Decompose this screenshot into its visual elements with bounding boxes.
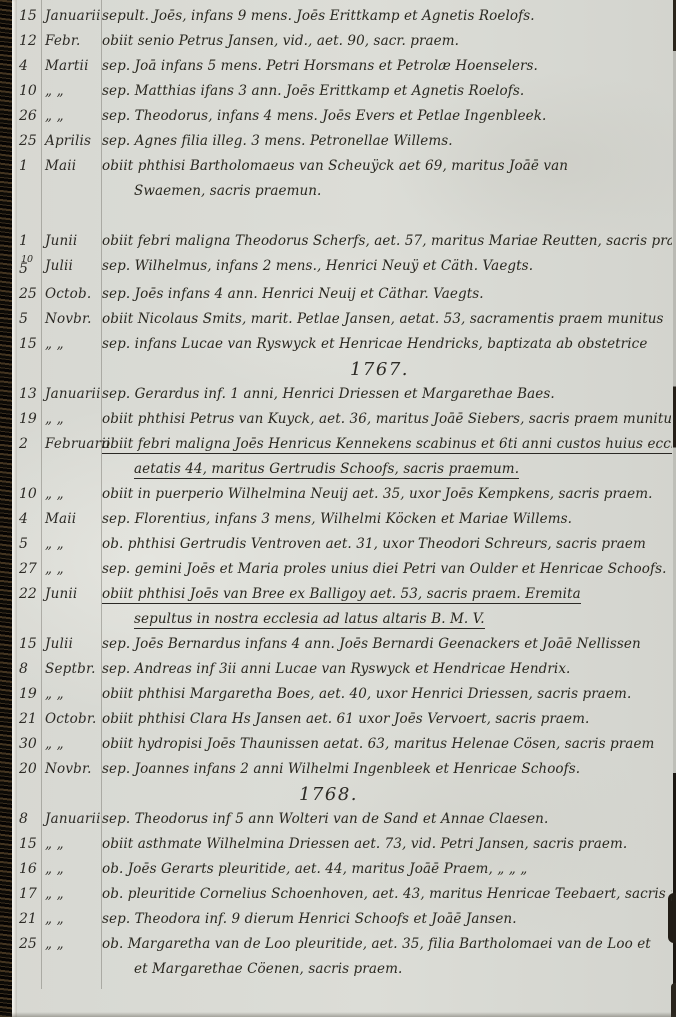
day-cell: 5 — [17, 532, 45, 557]
entry-cell: obiit phthisi Joēs van Bree ex Balligoy … — [102, 582, 672, 632]
entry-cell: obiit phthisi Petrus van Kuyck, aet. 36,… — [102, 407, 672, 432]
day-cell: 17 — [17, 882, 45, 907]
entry-line-continuation: sepultus in nostra ecclesia ad latus alt… — [102, 607, 672, 632]
entry-text-continued: et Margarethae Cöenen, sacris praem. — [134, 961, 402, 977]
entry-text: sep. gemini Joēs et Maria proles unius d… — [102, 561, 667, 577]
entry-cell: obiit Nicolaus Smits, marit. Petlae Jans… — [102, 307, 672, 332]
entry-text: obiit phthisi Joēs van Bree ex Balligoy … — [102, 586, 581, 604]
entry-line-continuation: Swaemen, sacris praemun. — [102, 179, 672, 204]
day-cell: 22 — [17, 582, 45, 607]
year-heading: 1767. — [350, 359, 409, 380]
register-row: 25 Aprilis sep. Agnes filia illeg. 3 men… — [17, 129, 672, 154]
month-label: Junii — [45, 582, 102, 607]
month-label: Maii — [45, 507, 102, 532]
entry-line: obiit phthisi Margaretha Boes, aet. 40, … — [102, 682, 672, 707]
day-number: 5 — [19, 261, 28, 277]
day-cell: 105 — [17, 254, 45, 282]
day-cell: 15 — [17, 4, 45, 29]
entry-text: obiit hydropisi Joēs Thaunissen aetat. 6… — [102, 736, 654, 752]
entry-text: sep. Joēs infans 4 ann. Henrici Neuij et… — [102, 286, 484, 302]
day-number: 1 — [19, 158, 28, 174]
register-row: 5 „ „ ob. phthisi Gertrudis Ventroven ae… — [17, 532, 672, 557]
entry-text: sep. Gerardus inf. 1 anni, Henrici Dries… — [102, 386, 555, 402]
day-number: 4 — [19, 511, 28, 527]
day-cell: 21 — [17, 907, 45, 932]
day-cell: 4 — [17, 507, 45, 532]
entry-cell: obiit asthmate Wilhelmina Driessen aet. … — [102, 832, 672, 857]
entry-cell: sep. Matthias ifans 3 ann. Joēs Erittkam… — [102, 79, 672, 104]
entry-cell: obiit phthisi Clara Hs Jansen aet. 61 ux… — [102, 707, 672, 732]
register-row: 10 „ „ obiit in puerperio Wilhelmina Neu… — [17, 482, 672, 507]
register-row: 15 Januarii sepult. Joēs, infans 9 mens.… — [17, 4, 672, 29]
day-number: 25 — [19, 286, 37, 302]
entry-text: sep. Joā infans 5 mens. Petri Horsmans e… — [102, 58, 538, 74]
day-number: 21 — [19, 711, 37, 727]
month-label: „ „ — [45, 832, 102, 857]
entry-cell: obiit febri maligna Theodorus Scherfs, a… — [102, 229, 672, 254]
day-cell: 26 — [17, 104, 45, 129]
day-cell: 10 — [17, 79, 45, 104]
register-row: 15 „ „ obiit asthmate Wilhelmina Driesse… — [17, 832, 672, 857]
entry-cell: obiit phthisi Margaretha Boes, aet. 40, … — [102, 682, 672, 707]
day-cell: 1 — [17, 229, 45, 254]
entry-line: obiit in puerperio Wilhelmina Neuij aet.… — [102, 482, 672, 507]
day-cell: 4 — [17, 54, 45, 79]
entry-line: obiit febri maligna Joēs Henricus Kennek… — [102, 432, 672, 457]
year-heading-row: 1767. — [17, 357, 672, 382]
month-label: „ „ — [45, 857, 102, 882]
entry-line: sep. gemini Joēs et Maria proles unius d… — [102, 557, 672, 582]
day-number: 30 — [19, 736, 37, 752]
register-row: 17 „ „ ob. pleuritide Cornelius Schoenho… — [17, 882, 672, 907]
entry-cell: ob. Margaretha van de Loo pleuritide, ae… — [102, 932, 672, 982]
month-label: „ „ — [45, 79, 102, 104]
register-row: 22 Junii obiit phthisi Joēs van Bree ex … — [17, 582, 672, 632]
entry-line: sep. Joannes infans 2 anni Wilhelmi Inge… — [102, 757, 672, 782]
day-number: 19 — [19, 411, 37, 427]
day-number: 4 — [19, 58, 28, 74]
entry-cell: sep. Theodorus, infans 4 mens. Joēs Ever… — [102, 104, 672, 129]
day-number: 15 — [19, 8, 37, 24]
day-cell: 1 — [17, 154, 45, 179]
entry-cell: ob. phthisi Gertrudis Ventroven aet. 31,… — [102, 532, 672, 557]
day-number: 21 — [19, 911, 37, 927]
entry-cell: sep. Florentius, infans 3 mens, Wilhelmi… — [102, 507, 672, 532]
entry-line: sep. Theodorus inf 5 ann Wolteri van de … — [102, 807, 672, 832]
day-number: 10 — [19, 486, 37, 502]
month-label: Julii — [45, 254, 102, 279]
month-label: „ „ — [45, 407, 102, 432]
register-row: 15 Julii sep. Joēs Bernardus infans 4 an… — [17, 632, 672, 657]
entry-cell: sep. Theodora inf. 9 dierum Henrici Scho… — [102, 907, 672, 932]
entry-line: sep. infans Lucae van Ryswyck et Henrica… — [102, 332, 672, 357]
register-row: 19 „ „ obiit phthisi Petrus van Kuyck, a… — [17, 407, 672, 432]
entry-cell: ob. pleuritide Cornelius Schoenhoven, ae… — [102, 882, 672, 907]
month-label: Junii — [45, 229, 102, 254]
month-label: „ „ — [45, 332, 102, 357]
month-label: Novbr. — [45, 307, 102, 332]
entry-cell: sepult. Joēs, infans 9 mens. Joēs Erittk… — [102, 4, 672, 29]
month-label: „ „ — [45, 932, 102, 957]
day-number: 12 — [19, 33, 37, 49]
year-heading: 1768. — [299, 784, 358, 805]
register-section: 1768. 8 Januarii sep. Theodorus inf 5 an… — [17, 782, 672, 982]
day-cell: 15 — [17, 332, 45, 357]
day-cell: 15 — [17, 632, 45, 657]
entry-text: obiit Nicolaus Smits, marit. Petlae Jans… — [102, 311, 664, 327]
day-cell: 25 — [17, 282, 45, 307]
entry-cell: sep. Joā infans 5 mens. Petri Horsmans e… — [102, 54, 672, 79]
day-number: 8 — [19, 811, 28, 827]
month-label: „ „ — [45, 482, 102, 507]
entry-line: obiit phthisi Petrus van Kuyck, aet. 36,… — [102, 407, 672, 432]
day-cell: 5 — [17, 307, 45, 332]
entry-cell: sep. Wilhelmus, infans 2 mens., Henrici … — [102, 254, 672, 279]
day-number: 22 — [19, 586, 37, 602]
entry-line: sep. Theodora inf. 9 dierum Henrici Scho… — [102, 907, 672, 932]
register-row: 16 „ „ ob. Joēs Gerarts pleuritide, aet.… — [17, 857, 672, 882]
entry-line: ob. pleuritide Cornelius Schoenhoven, ae… — [102, 882, 672, 907]
day-cell: 12 — [17, 29, 45, 54]
entry-line: sepult. Joēs, infans 9 mens. Joēs Erittk… — [102, 4, 672, 29]
entry-cell: sep. Joannes infans 2 anni Wilhelmi Inge… — [102, 757, 672, 782]
month-label: Novbr. — [45, 757, 102, 782]
register-row: 2 Februarii obiit febri maligna Joēs Hen… — [17, 432, 672, 482]
entry-line: sep. Joēs Bernardus infans 4 ann. Joēs B… — [102, 632, 672, 657]
day-number: 13 — [19, 386, 37, 402]
month-label: Februarii — [45, 432, 102, 457]
entry-line: ob. Joēs Gerarts pleuritide, aet. 44, ma… — [102, 857, 672, 882]
entry-text: obiit phthisi Margaretha Boes, aet. 40, … — [102, 686, 631, 702]
entry-line: obiit senio Petrus Jansen, vid., aet. 90… — [102, 29, 672, 54]
month-label: Septbr. — [45, 657, 102, 682]
entry-line: sep. Gerardus inf. 1 anni, Henrici Dries… — [102, 382, 672, 407]
entry-line: sep. Theodorus, infans 4 mens. Joēs Ever… — [102, 104, 672, 129]
entry-cell: sep. Joēs Bernardus infans 4 ann. Joēs B… — [102, 632, 672, 657]
entry-cell: sep. Joēs infans 4 ann. Henrici Neuij et… — [102, 282, 672, 307]
entry-text: obiit senio Petrus Jansen, vid., aet. 90… — [102, 33, 459, 49]
day-cell: 20 — [17, 757, 45, 782]
entry-line-continuation: aetatis 44, maritus Gertrudis Schoofs, s… — [102, 457, 672, 482]
entry-text: obiit phthisi Bartholomaeus van Scheuÿck… — [102, 158, 568, 174]
day-number: 25 — [19, 936, 37, 952]
month-label: Febr. — [45, 29, 102, 54]
register-row: 30 „ „ obiit hydropisi Joēs Thaunissen a… — [17, 732, 672, 757]
month-label: „ „ — [45, 682, 102, 707]
entry-cell: obiit hydropisi Joēs Thaunissen aetat. 6… — [102, 732, 672, 757]
month-label: Julii — [45, 632, 102, 657]
entry-text: ob. Margaretha van de Loo pleuritide, ae… — [102, 936, 651, 952]
entry-cell: ob. Joēs Gerarts pleuritide, aet. 44, ma… — [102, 857, 672, 882]
register-row: 26 „ „ sep. Theodorus, infans 4 mens. Jo… — [17, 104, 672, 129]
entry-line: ob. phthisi Gertrudis Ventroven aet. 31,… — [102, 532, 672, 557]
day-number: 5 — [19, 536, 28, 552]
entry-text-continued: Swaemen, sacris praemun. — [134, 183, 321, 199]
register-row: 13 Januarii sep. Gerardus inf. 1 anni, H… — [17, 382, 672, 407]
day-number: 20 — [19, 761, 37, 777]
day-cell: 8 — [17, 807, 45, 832]
day-cell: 13 — [17, 382, 45, 407]
day-number: 10 — [19, 83, 37, 99]
day-cell: 19 — [17, 407, 45, 432]
entry-cell: obiit senio Petrus Jansen, vid., aet. 90… — [102, 29, 672, 54]
entry-line: sep. Joā infans 5 mens. Petri Horsmans e… — [102, 54, 672, 79]
register-row: 27 „ „ sep. gemini Joēs et Maria proles … — [17, 557, 672, 582]
entry-cell: sep. Gerardus inf. 1 anni, Henrici Dries… — [102, 382, 672, 407]
register-row: 20 Novbr. sep. Joannes infans 2 anni Wil… — [17, 757, 672, 782]
book-binding-edge — [0, 0, 12, 1017]
entry-text: obiit febri maligna Theodorus Scherfs, a… — [102, 233, 672, 249]
day-number: 15 — [19, 636, 37, 652]
register-row: 8 Januarii sep. Theodorus inf 5 ann Wolt… — [17, 807, 672, 832]
entry-line: obiit phthisi Bartholomaeus van Scheuÿck… — [102, 154, 672, 179]
entry-text: sepult. Joēs, infans 9 mens. Joēs Erittk… — [102, 8, 535, 24]
month-label: Maii — [45, 154, 102, 179]
day-number: 16 — [19, 861, 37, 877]
entry-text: obiit phthisi Clara Hs Jansen aet. 61 ux… — [102, 711, 589, 727]
month-label: Octobr. — [45, 707, 102, 732]
entry-text-continued: aetatis 44, maritus Gertrudis Schoofs, s… — [134, 461, 519, 479]
day-cell: 15 — [17, 832, 45, 857]
entry-cell: obiit febri maligna Joēs Henricus Kennek… — [102, 432, 672, 482]
day-cell: 19 — [17, 682, 45, 707]
day-cell: 2 — [17, 432, 45, 457]
entry-text-continued: sepultus in nostra ecclesia ad latus alt… — [134, 611, 485, 629]
month-label: „ „ — [45, 732, 102, 757]
entry-line: sep. Matthias ifans 3 ann. Joēs Erittkam… — [102, 79, 672, 104]
entry-text: sep. Agnes filia illeg. 3 mens. Petronel… — [102, 133, 453, 149]
day-cell: 25 — [17, 129, 45, 154]
register-row: 25 „ „ ob. Margaretha van de Loo pleurit… — [17, 932, 672, 982]
month-label: Octob. — [45, 282, 102, 307]
month-label: Aprilis — [45, 129, 102, 154]
entry-line: obiit febri maligna Theodorus Scherfs, a… — [102, 229, 672, 254]
register-row: 10 „ „ sep. Matthias ifans 3 ann. Joēs E… — [17, 79, 672, 104]
month-label: Januarii — [45, 382, 102, 407]
entry-line: obiit phthisi Clara Hs Jansen aet. 61 ux… — [102, 707, 672, 732]
month-label: „ „ — [45, 882, 102, 907]
month-label: „ „ — [45, 557, 102, 582]
entry-line: obiit hydropisi Joēs Thaunissen aetat. 6… — [102, 732, 672, 757]
register-row: 21 Octobr. obiit phthisi Clara Hs Jansen… — [17, 707, 672, 732]
entry-line: sep. Florentius, infans 3 mens, Wilhelmi… — [102, 507, 672, 532]
entry-cell: sep. infans Lucae van Ryswyck et Henrica… — [102, 332, 672, 357]
month-label: „ „ — [45, 532, 102, 557]
register-row: 4 Maii sep. Florentius, infans 3 mens, W… — [17, 507, 672, 532]
entry-text: sep. Matthias ifans 3 ann. Joēs Erittkam… — [102, 83, 524, 99]
register-row: 105 Julii sep. Wilhelmus, infans 2 mens.… — [17, 254, 672, 282]
entry-cell: sep. Theodorus inf 5 ann Wolteri van de … — [102, 807, 672, 832]
month-label: „ „ — [45, 104, 102, 129]
day-number: 25 — [19, 133, 37, 149]
entry-text: ob. pleuritide Cornelius Schoenhoven, ae… — [102, 886, 672, 902]
day-number: 5 — [19, 311, 28, 327]
day-number: 27 — [19, 561, 37, 577]
day-cell: 27 — [17, 557, 45, 582]
day-number: 1 — [19, 233, 28, 249]
entry-text: sep. Andreas inf 3ii anni Lucae van Rysw… — [102, 661, 570, 677]
month-label: „ „ — [45, 907, 102, 932]
entry-cell: obiit phthisi Bartholomaeus van Scheuÿck… — [102, 154, 672, 204]
entry-cell: sep. gemini Joēs et Maria proles unius d… — [102, 557, 672, 582]
day-cell: 25 — [17, 932, 45, 957]
scan-artifact — [671, 983, 676, 1017]
entry-line: ob. Margaretha van de Loo pleuritide, ae… — [102, 932, 672, 957]
entry-line: obiit Nicolaus Smits, marit. Petlae Jans… — [102, 307, 672, 332]
entry-line-continuation: et Margarethae Cöenen, sacris praem. — [102, 957, 672, 982]
entry-line: sep. Agnes filia illeg. 3 mens. Petronel… — [102, 129, 672, 154]
day-number: 15 — [19, 336, 37, 352]
register-row: 15 „ „ sep. infans Lucae van Ryswyck et … — [17, 332, 672, 357]
entry-text: sep. Theodorus inf 5 ann Wolteri van de … — [102, 811, 548, 827]
register-row: 21 „ „ sep. Theodora inf. 9 dierum Henri… — [17, 907, 672, 932]
day-number: 17 — [19, 886, 37, 902]
month-label: Martii — [45, 54, 102, 79]
register-row: 25 Octob. sep. Joēs infans 4 ann. Henric… — [17, 282, 672, 307]
register-row: 4 Martii sep. Joā infans 5 mens. Petri H… — [17, 54, 672, 79]
entry-text: obiit in puerperio Wilhelmina Neuij aet.… — [102, 486, 653, 502]
entry-text: obiit febri maligna Joēs Henricus Kennek… — [102, 436, 672, 454]
entry-text: ob. phthisi Gertrudis Ventroven aet. 31,… — [102, 536, 646, 552]
entry-cell: sep. Andreas inf 3ii anni Lucae van Rysw… — [102, 657, 672, 682]
entry-text: sep. Joannes infans 2 anni Wilhelmi Inge… — [102, 761, 580, 777]
day-cell: 10 — [17, 482, 45, 507]
month-label: Januarii — [45, 4, 102, 29]
entry-line: obiit asthmate Wilhelmina Driessen aet. … — [102, 832, 672, 857]
entry-text: sep. Theodora inf. 9 dierum Henrici Scho… — [102, 911, 517, 927]
entry-line: sep. Andreas inf 3ii anni Lucae van Rysw… — [102, 657, 672, 682]
entry-line: sep. Joēs infans 4 ann. Henrici Neuij et… — [102, 282, 672, 307]
entry-text: obiit asthmate Wilhelmina Driessen aet. … — [102, 836, 627, 852]
day-number: 19 — [19, 686, 37, 702]
day-cell: 16 — [17, 857, 45, 882]
day-number: 26 — [19, 108, 37, 124]
register-entries: 15 Januarii sepult. Joēs, infans 9 mens.… — [17, 4, 672, 982]
entry-text: sep. Wilhelmus, infans 2 mens., Henrici … — [102, 258, 533, 274]
month-label: Januarii — [45, 807, 102, 832]
register-section: 1767. 13 Januarii sep. Gerardus inf. 1 a… — [17, 357, 672, 782]
register-row: 12 Febr. obiit senio Petrus Jansen, vid.… — [17, 29, 672, 54]
day-cell: 30 — [17, 732, 45, 757]
entry-text: sep. Theodorus, infans 4 mens. Joēs Ever… — [102, 108, 546, 124]
scanned-register-page: 15 Januarii sepult. Joēs, infans 9 mens.… — [0, 0, 676, 1017]
register-row: 19 „ „ obiit phthisi Margaretha Boes, ae… — [17, 682, 672, 707]
register-row: 8 Septbr. sep. Andreas inf 3ii anni Luca… — [17, 657, 672, 682]
year-heading-row: 1768. — [17, 782, 672, 807]
entry-line: sep. Wilhelmus, infans 2 mens., Henrici … — [102, 254, 672, 279]
entry-cell: sep. Agnes filia illeg. 3 mens. Petronel… — [102, 129, 672, 154]
day-cell: 21 — [17, 707, 45, 732]
entry-text: obiit phthisi Petrus van Kuyck, aet. 36,… — [102, 411, 672, 427]
day-number: 2 — [19, 436, 28, 452]
entry-text: ob. Joēs Gerarts pleuritide, aet. 44, ma… — [102, 861, 527, 877]
entry-text: sep. infans Lucae van Ryswyck et Henrica… — [102, 336, 647, 352]
day-number: 15 — [19, 836, 37, 852]
register-row: 5 Novbr. obiit Nicolaus Smits, marit. Pe… — [17, 307, 672, 332]
register-section: 15 Januarii sepult. Joēs, infans 9 mens.… — [17, 4, 672, 357]
entry-cell: obiit in puerperio Wilhelmina Neuij aet.… — [102, 482, 672, 507]
entry-text: sep. Joēs Bernardus infans 4 ann. Joēs B… — [102, 636, 641, 652]
day-cell: 8 — [17, 657, 45, 682]
entry-line: obiit phthisi Joēs van Bree ex Balligoy … — [102, 582, 672, 607]
register-row: 1 Junii obiit febri maligna Theodorus Sc… — [17, 229, 672, 254]
day-number: 8 — [19, 661, 28, 677]
entry-text: sep. Florentius, infans 3 mens, Wilhelmi… — [102, 511, 572, 527]
register-row: 1 Maii obiit phthisi Bartholomaeus van S… — [17, 154, 672, 204]
